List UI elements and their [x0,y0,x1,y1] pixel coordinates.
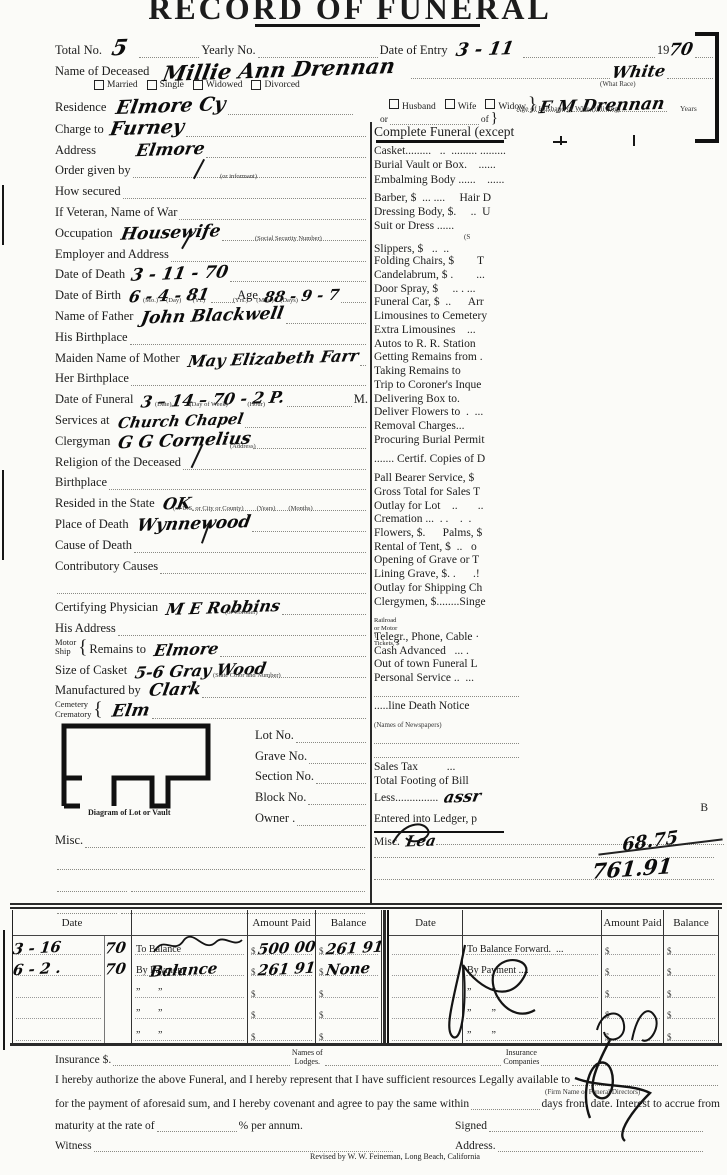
handwritten-ledger-value: 500 00 [256,937,316,958]
cost-item: Barber, $ ... .... Hair D [374,192,724,206]
field-order-given-by: Order given by(or informant) [55,158,368,179]
handwritten-ledger-value: 6 - 2 . [12,959,62,980]
total-no-label: Total No. [55,43,102,58]
amount-paid-cell: $ [602,936,664,958]
cost-item-text: ....... Certif. Copies of D [374,453,485,465]
cost-item-text: Deliver Flowers to . ... [374,406,483,418]
field-label: His Birthplace [55,330,128,345]
ledger-top-rule [10,903,722,905]
yearly-no-label: Yearly No. [201,43,255,58]
amount-paid-cell: $ [248,1001,316,1023]
cost-item-text: Removal Charges... [374,420,465,432]
para3b-text: % per annum. [239,1120,303,1132]
cost-item: Cremation ... . . . . [374,513,724,527]
cost-item: Autos to R. R. Station [374,338,724,352]
field-label: Birthplace [55,475,107,490]
field-manufactured-by: Manufactured byClark [55,678,368,699]
cost-item: Lining Grave, $. . .! [374,568,724,582]
cost-item: Sales Tax ... [374,761,724,775]
field-if-veteran: If Veteran, Name of War [55,199,368,220]
cost-item-text: Candelabrum, $ . ... [374,269,485,281]
amount-paid-header: Amount Paid [248,910,316,936]
blank-dotted-line [374,686,724,700]
balance-header: Balance [664,910,719,936]
ledger-text: ” ” [132,987,162,1001]
year-value: 70 [668,42,695,60]
cost-item-text: Sales Tax ... [374,761,455,773]
lot-fields: Lot No.Grave No.Section No.Block No.Owne… [255,722,368,826]
cost-item-text: Clergymen, $........Singe [374,596,486,608]
field-label: Date of Funeral [55,392,133,407]
description-cell: By PaymentBalance [132,958,248,980]
blank-dotted-line [374,747,724,761]
field-cemetery-crematory: CemeteryCrematory{Elm [55,698,368,719]
title-underline [255,24,480,27]
balance-header-text: Balance [673,917,708,929]
amount-paid-header: Amount Paid [602,910,664,936]
field-date-of-funeral: Date of Funeral3 – 14 – 70 - 2 P.M.(Date… [55,386,368,407]
cost-item-text: (Names of Newspapers) [374,721,442,729]
cost-item-text: Limousines to Cemetery [374,310,487,322]
cost-item-text: Autos to R. R. Station [374,338,476,350]
cost-item-text: Folding Chairs, $ T [374,255,484,267]
field-address: AddressElmore [55,137,368,158]
cost-item-text: Delivering Box to. [374,393,460,405]
field-label: Charge to [55,122,104,137]
field-services-at: Services atChurch Chapel [55,407,368,428]
marital-checkbox-label: Married [107,80,138,90]
field-label: Date of Death [55,267,125,282]
date-header: Date [389,910,463,936]
scan-edge-artifact [2,470,4,560]
para3a-text: maturity at the rate of [55,1120,155,1132]
year-cell: 70 [105,958,132,980]
cost-item-text: Flowers, $. Palms, $ [374,527,482,539]
footer-address-label: Address. [455,1140,496,1152]
top-row-name: Name of Deceased Millie Ann Drennan Whit… [55,58,715,79]
amount-paid-cell: $500 00 [248,936,316,958]
handwritten-ledger-value: 261 91 [324,937,384,958]
field-label: Name of Father [55,309,133,324]
field-blank-line [55,574,368,595]
field-date-of-birth: Date of Birth6 - 4 - 81Age88 - 9 - 7(Mo.… [55,282,368,303]
cost-item: Rental of Tent, $ .. o [374,541,724,555]
rate-line: maturity at the rate of % per annum. [55,1120,385,1132]
cost-item-text: Out of town Funeral L [374,658,477,670]
description-cell: ” ” [132,1022,248,1044]
year-cell [105,979,132,1001]
field-cause-of-death: Cause of Death [55,532,368,553]
balance-cell: $None [316,958,382,980]
description-cell: ” ” [132,1001,248,1023]
cost-item: Telegr., Phone, Cable · [374,631,724,645]
form-title: RECORD OF FUNERAL [0,0,700,27]
lot-field-label: Block No. [255,790,306,805]
ledger-text: ” ” [132,1030,162,1044]
balance-header: Balance [316,910,382,936]
handwritten-ledger-value: 70 [104,959,127,978]
cost-item: ....... Certif. Copies of D [374,453,724,467]
ledger-top-rule-2 [10,907,722,909]
field-resided-state: Resided in the StateOK(or U.S. or City o… [55,490,368,511]
cost-item: Trip to Coroner's Inque [374,379,724,393]
cost-item-text: Burial Vault or Box. ...... [374,159,496,171]
blank-dotted-line [374,733,724,747]
field-label: Size of Casket [55,663,127,678]
handwritten-flourish [388,818,438,848]
field-label: If Veteran, Name of War [55,205,177,220]
date-header-text: Date [62,917,83,929]
lot-field-lot-no-: Lot No. [255,722,368,743]
cost-item: Casket......... .. ......... ......... [374,145,724,159]
total-no-value: 5 [110,37,129,60]
field-his-address: His Address [55,615,368,636]
insurance-label: Insurance $. [55,1054,111,1066]
cost-item-text: Outlay for Lot .. .. [374,500,484,512]
amount-paid-cell: $ [602,958,664,980]
marital-checkbox-widowed [193,80,203,90]
cost-item: Removal Charges... [374,420,724,434]
cost-item: Railroador Motor{ Tickets, $ [374,617,399,631]
balance-cell: $ [316,979,382,1001]
lot-field-section-no-: Section No. [255,764,368,785]
cost-item: Getting Remains from . [374,351,724,365]
left-field-column: Charge toFurneyAddressElmoreOrder given … [55,116,368,719]
brace-label: CemeteryCrematory [55,700,91,719]
cost-item: Gross Total for Sales T [374,486,724,500]
date-cell [13,979,105,1001]
lot-field-label: Grave No. [255,749,307,764]
field-charge-to: Charge toFurney [55,116,368,137]
field-tail-label: M. [354,392,368,407]
handwritten-ledger-value: 261 91 [256,958,316,979]
cost-item: Deliver Flowers to . ... [374,406,724,420]
date-cell [13,1022,105,1044]
balance-cell: $ [664,936,719,958]
field-label: Cause of Death [55,538,132,553]
railroad-or-motor-label: Railroador Motor [374,617,397,632]
cost-item-text: Rental of Tent, $ .. o [374,541,477,553]
cost-item: .....line Death Notice [374,700,724,715]
insurance-companies-label: InsuranceCompanies [503,1048,539,1066]
date-cell: 6 - 2 . [13,958,105,980]
misc-block: Misc. [55,826,367,914]
section-underline [376,140,504,143]
amount-paid-cell: $ [248,979,316,1001]
balance-cell: $261 91 [316,936,382,958]
cost-item: Pall Bearer Service, $ [374,472,724,486]
amount-header-text: Amount Paid [603,917,661,929]
signature-scribble [555,1038,655,1143]
cost-item: (Names of Newspapers) [374,721,724,733]
cost-item: Cash Advanced ... . [374,645,724,659]
cost-item: Outlay for Shipping Ch [374,582,724,596]
cost-item: Procuring Burial Permit [374,434,724,448]
balance-cell: $ [664,1001,719,1023]
field-size-of-casket: Size of Casket5-6 Gray Wood(State Color … [55,657,368,678]
desc-header [463,910,602,936]
cost-item: (S [374,233,724,243]
ledger-text: ” ” [132,1008,162,1022]
field-label: How secured [55,184,121,199]
year-cell [105,1022,132,1044]
para2a-text: for the payment of aforesaid sum, and I … [55,1098,469,1110]
handwritten-amount-2: 761.91 [591,855,673,882]
field-contributory-causes: Contributory Causes [55,553,368,574]
marital-checkbox-married [94,80,104,90]
cost-item-text: Dressing Body, $. .. U [374,206,491,218]
cost-item-text: Slippers, $ .. .. [374,243,449,255]
field-certifying-physician: Certifying PhysicianM E Robbins(or Coron… [55,594,368,615]
field-his-birthplace: His Birthplace [55,324,368,345]
handwritten-flourish [150,930,245,960]
cost-item: Candelabrum, $ . ... [374,269,724,283]
cost-item: B [374,802,724,813]
cost-item-text: Total Footing of Bill [374,775,469,787]
marital-checkbox-single [147,80,157,90]
cost-item-text: Embalming Body ...... ...... [374,174,504,186]
cost-item-text: Extra Limousines ... [374,324,476,336]
cost-item: Suit or Dress ...... [374,220,724,234]
cost-item: Clergymen, $........Singe [374,596,724,610]
lot-field-grave-no-: Grave No. [255,743,368,764]
field-label: His Address [55,621,116,636]
cost-item-text: Telegr., Phone, Cable · [374,631,479,643]
signature-scribble [425,935,560,1045]
field-occupation: OccupationHousewife(Social Security Numb… [55,220,368,241]
names-of-lodges-label: Names ofLodges. [292,1048,323,1066]
cost-item: Complete Funeral (except [374,124,724,141]
cost-item: Out of town Funeral L [374,658,724,672]
balance-cell: $ [664,979,719,1001]
cost-item: Funeral Car, $ .. Arr [374,296,724,310]
signed-label: Signed [455,1120,487,1132]
cost-item-text: .....line Death Notice [374,700,469,712]
field-maiden-name: Maiden Name of MotherMay Elizabeth Farr [55,345,368,366]
field-label: Services at [55,413,110,428]
handwritten-flourish [592,990,667,1050]
field-religion: Religion of the Deceased [55,449,368,470]
cost-item: Outlay for Lot .. .. [374,500,724,514]
cost-item-text: Casket......... .. ......... ......... [374,145,506,157]
field-remains-to: MotorShip{Remains toElmore [55,636,368,657]
cost-item-text: Trip to Coroner's Inque [374,379,481,391]
cost-item: Dressing Body, $. .. U [374,206,724,220]
field-label: Address [55,143,96,158]
balance-cell: $ [316,1001,382,1023]
ledger-center-rule [383,910,386,1043]
residence-value: Elmore Cy [115,95,228,118]
field-label: Religion of the Deceased [55,455,181,470]
field-name-of-father: Name of FatherJohn Blackwell [55,303,368,324]
marital-status-checkboxes: MarriedSingleWidowedDivorced [85,80,300,90]
cost-item-text: Getting Remains from . [374,351,483,363]
what-race-sublabel: (What Race) [600,80,636,88]
lot-field-label: Section No. [255,769,314,784]
race-value: White [610,63,666,81]
cost-item-text: Outlay for Shipping Ch [374,582,482,594]
para1-text: I hereby authorize the above Funeral, an… [55,1074,570,1086]
amount-header-text: Amount Paid [252,917,310,929]
field-place-of-death: Place of DeathWynnewood [55,511,368,532]
field-label: Contributory Causes [55,559,158,574]
cost-item-text: Cash Advanced ... . [374,645,469,657]
field-birthplace: Birthplace [55,470,368,491]
lot-field-label: Lot No. [255,728,294,743]
diagram-caption: Diagram of Lot or Vault [88,808,171,817]
cost-item-text: Suit or Dress ...... [374,220,454,232]
scan-edge-artifact [3,930,5,1050]
field-label: Employer and Address [55,247,169,262]
field-label: Remains to [89,642,146,657]
cost-item-text: Lining Grave, $. . .! [374,568,480,580]
witness-row: Witness [55,1140,395,1152]
residence-label: Residence [55,100,106,115]
cost-item: Door Spray, $ .. . ... [374,283,724,297]
field-how-secured: How secured [55,178,368,199]
field-her-birthplace: Her Birthplace [55,366,368,387]
handwritten-ledger-value: 3 - 16 [12,937,62,958]
cost-item: Delivering Box to. [374,393,724,407]
field-label: Occupation [55,226,113,241]
field-label: Certifying Physician [55,600,158,615]
field-date-of-death: Date of Death3 - 11 - 70 [55,262,368,283]
handwritten-ledger-value: 70 [104,938,127,957]
handwritten-ledger-value: None [324,959,370,979]
cost-item: Folding Chairs, $ T [374,255,724,269]
amount-paid-cell: $261 91 [248,958,316,980]
field-label: Manufactured by [55,683,141,698]
cost-item-column: Complete Funeral (exceptCasket......... … [374,124,724,891]
cost-item-text: Gross Total for Sales T [374,486,480,498]
year-cell: 70 [105,936,132,958]
cost-item: Limousines to Cemetery [374,310,724,324]
balance-header-text: Balance [331,917,366,929]
balance-cell: $ [664,1022,719,1044]
cost-item: Burial Vault or Box. ...... [374,159,724,173]
cost-item-text: Complete Funeral (except [374,124,514,140]
cost-item: Taking Remains to [374,365,724,379]
date-header-text: Date [415,917,436,929]
brace-label: MotorShip [55,638,76,657]
spouse-or-of-row: or of } [380,108,500,125]
field-clergyman: ClergymanG G Cornelius(Address) [55,428,368,449]
cost-item: Slippers, $ .. .. [374,243,724,255]
marital-checkbox-divorced [251,80,261,90]
marital-checkbox-label: Divorced [264,80,299,90]
cost-item-text: (S [464,233,470,241]
lot-field-block-no-: Block No. [255,784,368,805]
field-label: Resided in the State [55,496,155,511]
marital-checkbox-label: Single [160,80,184,90]
revised-by-credit: Revised by W. W. Feineman, Long Beach, C… [310,1152,480,1161]
date-cell [13,1001,105,1023]
cost-item-text: Opening of Grave or T [374,554,479,566]
lot-field-owner-: Owner . [255,805,368,826]
cost-item: Less...............assr [374,788,724,802]
cost-item: Flowers, $. Palms, $ [374,527,724,541]
field-label: Clergyman [55,434,110,449]
cost-item-text: Taking Remains to [374,365,461,377]
scan-edge-artifact [2,185,4,245]
date-cell: 3 - 16 [13,936,105,958]
amount-paid-cell: $ [248,1022,316,1044]
year-cell [105,1001,132,1023]
misc-label: Misc. [55,833,83,848]
cost-item-text: Procuring Burial Permit [374,434,485,446]
lot-diagram [56,718,216,814]
witness-label: Witness [55,1140,92,1152]
column-divider-line [370,122,372,905]
balance-cell: $ [664,958,719,980]
handwritten-description: Balance [149,959,219,981]
scanned-funeral-record-form: RECORD OF FUNERAL Total No. 5 Yearly No.… [0,0,727,1175]
date-header: Date [13,910,132,936]
field-label: Order given by [55,163,131,178]
cost-item-text: Personal Service .. ... [374,672,474,684]
lot-field-label: Owner . [255,811,295,826]
field-label: Maiden Name of Mother [55,351,180,366]
marital-checkbox-label: Widowed [206,80,243,90]
cost-item: Embalming Body ...... ...... [374,174,724,188]
field-employer: Employer and Address [55,241,368,262]
description-cell: ” ” [132,979,248,1001]
cost-item: Total Footing of Bill [374,775,724,789]
field-label: Place of Death [55,517,129,532]
cost-item-text: Pall Bearer Service, $ [374,472,474,484]
cost-item: Opening of Grave or T [374,554,724,568]
balance-cell: $ [316,1022,382,1044]
field-label: Date of Birth [55,288,121,303]
cost-item: Personal Service .. ... [374,672,724,686]
cost-item-text: Barber, $ ... .... Hair D [374,192,491,204]
cost-item-text: Door Spray, $ .. . ... [374,283,475,295]
cost-item: Extra Limousines ... [374,324,724,338]
field-label: Her Birthplace [55,371,129,386]
cost-item-text: Funeral Car, $ .. Arr [374,296,484,308]
cost-item-text: Cremation ... . . . . [374,513,471,525]
residence-row: Residence Elmore Cy [55,96,355,115]
brace-glyph: { [78,637,87,659]
name-of-deceased-label: Name of Deceased [55,64,149,79]
